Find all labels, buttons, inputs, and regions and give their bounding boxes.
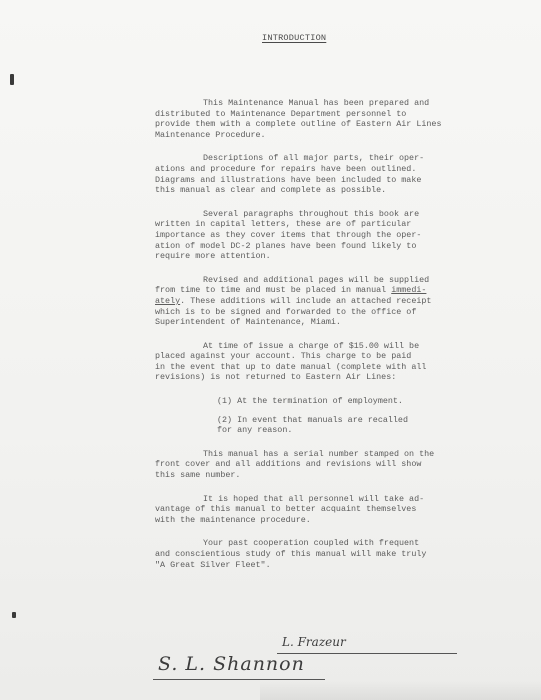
paragraph-revisions: Revised and additional pages will be sup… bbox=[155, 275, 485, 328]
paragraph: Your past cooperation coupled with frequ… bbox=[155, 538, 485, 570]
page-title: INTRODUCTION bbox=[262, 33, 326, 43]
paragraph: This manual has a serial number stamped … bbox=[155, 449, 485, 481]
paper-stain bbox=[260, 680, 541, 700]
punch-hole-mark bbox=[10, 74, 14, 85]
list-item: (2) In event that manuals are recalled f… bbox=[217, 415, 485, 436]
paragraph: Descriptions of all major parts, their o… bbox=[155, 153, 485, 195]
list-item: (1) At the termination of employment. bbox=[217, 396, 485, 407]
paragraph: Several paragraphs throughout this book … bbox=[155, 209, 485, 262]
paragraph: This Maintenance Manual has been prepare… bbox=[155, 98, 485, 140]
signature: S. L. Shannon bbox=[158, 653, 305, 675]
paragraph: It is hoped that all personnel will take… bbox=[155, 494, 485, 526]
paragraph-charge: At time of issue a charge of $15.00 will… bbox=[155, 341, 485, 383]
punch-hole-mark bbox=[12, 612, 16, 618]
conditions-list: (1) At the termination of employment. (2… bbox=[155, 396, 485, 436]
document-page: INTRODUCTION This Maintenance Manual has… bbox=[0, 0, 541, 700]
signature: L. Frazeur bbox=[282, 635, 346, 649]
document-body: This Maintenance Manual has been prepare… bbox=[155, 98, 485, 583]
